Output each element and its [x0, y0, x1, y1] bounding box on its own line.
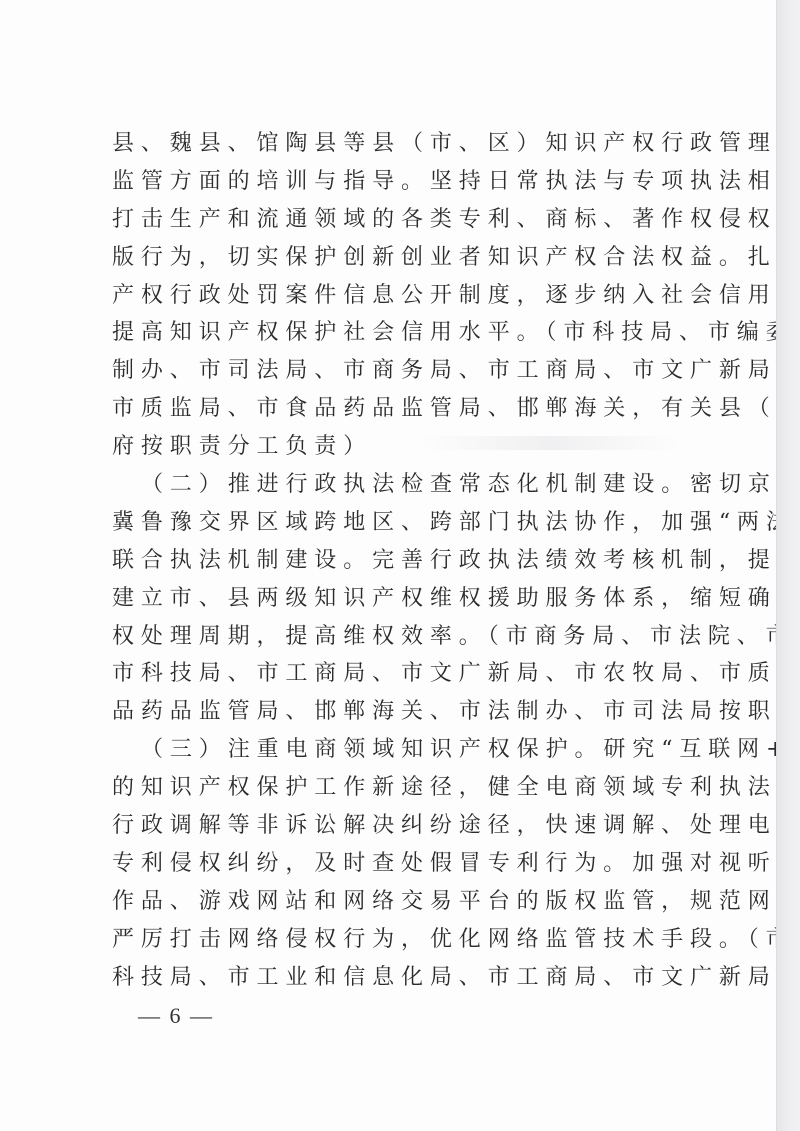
text-line: 作品、游戏网站和网络交易平台的版权监管，规范网络作品使用， — [112, 883, 712, 921]
text-line: 监管方面的培训与指导。坚持日常执法与专项执法相结合，重点 — [112, 163, 712, 201]
text-line: 市科技局、市工商局、市文广新局、市农牧局、市质监局、市食 — [112, 655, 712, 693]
page-number: — 6 — — [138, 1003, 214, 1029]
text-line: 严厉打击网络侵权行为，优化网络监管技术手段。（市商务局、市 — [112, 921, 712, 959]
text-line: 权处理周期，提高维权效率。（市商务局、市法院、市公安局、 — [112, 618, 712, 656]
text-line: 行政调解等非诉讼解决纠纷途径，快速调解、处理电商平台上的 — [112, 807, 712, 845]
section-heading-line: （三）注重电商领域知识产权保护。研究“互联网+”模式下 — [141, 731, 712, 769]
scan-page-edge — [776, 0, 800, 1131]
text-line: 制办、市司法局、市商务局、市工商局、市文广新局、市农牧局、 — [112, 352, 712, 390]
text-line: 科技局、市工业和信息化局、市工商局、市文广新局、市农牧局、 — [112, 959, 712, 997]
text-line: 专利侵权纠纷，及时查处假冒专利行为。加强对视听节目、文学 — [112, 845, 712, 883]
text-line: 冀鲁豫交界区域跨地区、跨部门执法协作，加强“两法衔接”和 — [112, 504, 712, 542]
document-page: 县、魏县、馆陶县等县（市、区）知识产权行政管理部门在市场 监管方面的培训与指导。… — [0, 0, 776, 1131]
text-line: 打击生产和流通领域的各类专利、商标、著作权侵权、假冒、盗 — [112, 201, 712, 239]
text-line: 联合执法机制建设。完善行政执法绩效考核机制，提高执法效能。 — [112, 542, 712, 580]
text-line: 建立市、县两级知识产权维权援助服务体系，缩短确权审查、侵 — [112, 580, 712, 618]
text-line: 品药品监管局、邯郸海关、市法制办、市司法局按职责分工负责） — [112, 693, 712, 731]
text-line: 提高知识产权保护社会信用水平。（市科技局、市编委办、市法 — [112, 314, 712, 352]
section-heading-line: （二）推进行政执法检查常态化机制建设。密切京津冀和晋 — [141, 466, 712, 504]
text-line: 县、魏县、馆陶县等县（市、区）知识产权行政管理部门在市场 — [112, 125, 712, 163]
body-text: 县、魏县、馆陶县等县（市、区）知识产权行政管理部门在市场 监管方面的培训与指导。… — [112, 125, 712, 996]
text-line: 市质监局、市食品药品监管局、邯郸海关，有关县（市、区）政 — [112, 390, 712, 428]
text-line: 版行为，切实保护创新创业者知识产权合法权益。扎实推进知识 — [112, 239, 712, 277]
text-line: 产权行政处罚案件信息公开制度，逐步纳入社会信用评价体系， — [112, 277, 712, 315]
text-line: 府按职责分工负责） — [112, 428, 712, 466]
text-line: 的知识产权保护工作新途径，健全电商领域专利执法机制，完善 — [112, 769, 712, 807]
